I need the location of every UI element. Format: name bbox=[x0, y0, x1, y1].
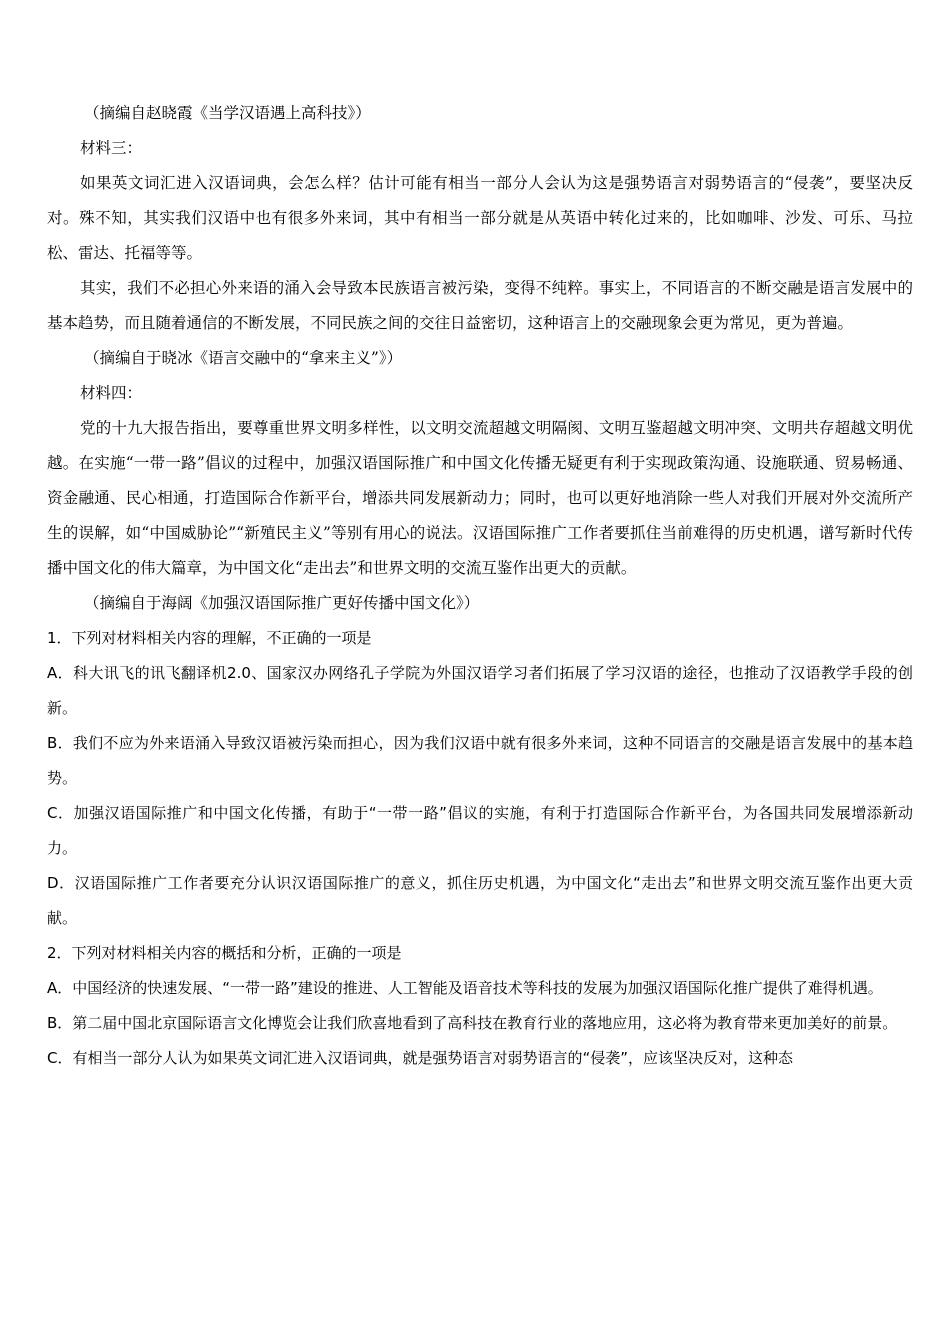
question-2-option-a: A．中国经济的快速发展、“一带一路”建设的推进、人工智能及语音技术等科技的发展为… bbox=[47, 971, 913, 1006]
question-1-option-b: B．我们不应为外来语涌入导致汉语被污染而担心，因为我们汉语中就有很多外来词，这种… bbox=[47, 726, 913, 796]
exam-page: （摘编自赵晓霞《当学汉语遇上高科技》） 材料三： 如果英文词汇进入汉语词典，会怎… bbox=[47, 96, 913, 1076]
question-2-stem: 2．下列对材料相关内容的概括和分析，正确的一项是 bbox=[47, 936, 913, 971]
citation-material-2: （摘编自赵晓霞《当学汉语遇上高科技》） bbox=[47, 96, 913, 131]
question-1-option-c: C．加强汉语国际推广和中国文化传播，有助于“一带一路”倡议的实施，有利于打造国际… bbox=[47, 796, 913, 866]
material-3-paragraph-2: 其实，我们不必担心外来语的涌入会导致本民族语言被污染，变得不纯粹。事实上，不同语… bbox=[47, 271, 913, 341]
question-1-option-d: D．汉语国际推广工作者要充分认识汉语国际推广的意义，抓住历史机遇，为中国文化“走… bbox=[47, 866, 913, 936]
material-3-heading: 材料三： bbox=[47, 131, 913, 166]
question-1-stem: 1．下列对材料相关内容的理解，不正确的一项是 bbox=[47, 621, 913, 656]
question-2-option-c: C．有相当一部分人认为如果英文词汇进入汉语词典，就是强势语言对弱势语言的“侵袭”… bbox=[47, 1041, 913, 1076]
citation-material-3: （摘编自于晓冰《语言交融中的“拿来主义”》） bbox=[47, 341, 913, 376]
material-4-heading: 材料四： bbox=[47, 376, 913, 411]
material-3-paragraph-1: 如果英文词汇进入汉语词典，会怎么样？估计可能有相当一部分人会认为这是强势语言对弱… bbox=[47, 166, 913, 271]
question-2-option-b: B．第二届中国北京国际语言文化博览会让我们欣喜地看到了高科技在教育行业的落地应用… bbox=[47, 1006, 913, 1041]
citation-material-4: （摘编自于海阔《加强汉语国际推广更好传播中国文化》） bbox=[47, 586, 913, 621]
question-1-option-a: A．科大讯飞的讯飞翻译机2.0、国家汉办网络孔子学院为外国汉语学习者们拓展了学习… bbox=[47, 656, 913, 726]
material-4-paragraph-1: 党的十九大报告指出，要尊重世界文明多样性，以文明交流超越文明隔阂、文明互鉴超越文… bbox=[47, 411, 913, 586]
